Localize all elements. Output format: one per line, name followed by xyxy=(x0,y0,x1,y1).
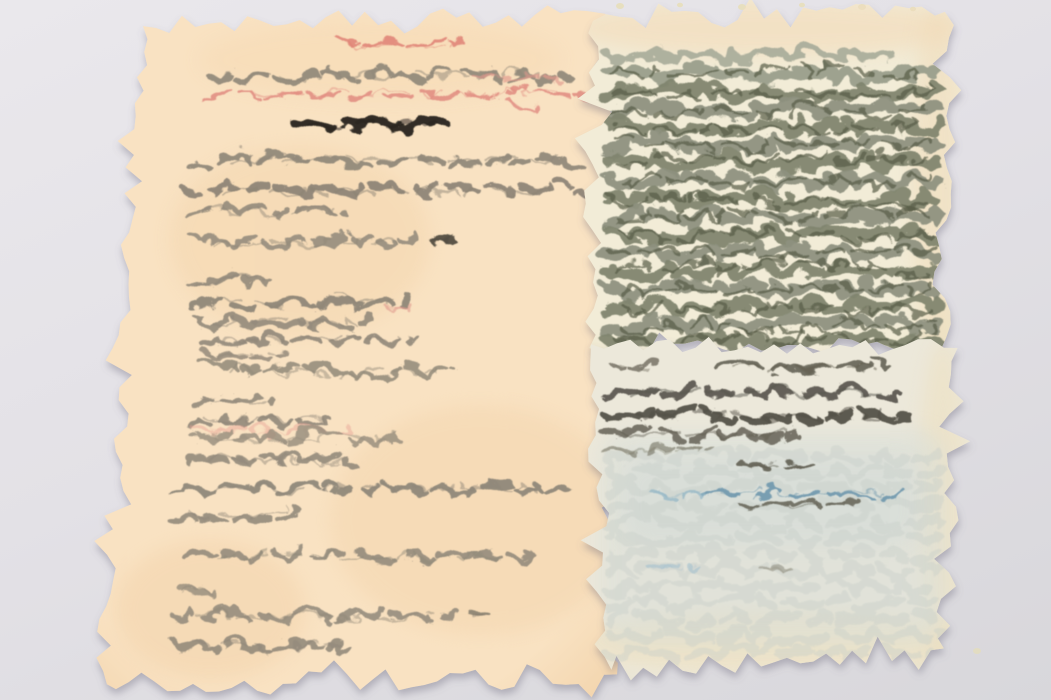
photograph-of-documents: Photograph of three aged paper documents… xyxy=(0,0,1051,700)
right-top-document xyxy=(570,0,970,360)
right-bottom-document-paper-speck xyxy=(973,648,981,654)
left-letter xyxy=(94,5,633,697)
right-top-document-paper-speck xyxy=(616,3,624,9)
documents-scene xyxy=(0,0,1051,700)
right-bottom-document xyxy=(580,337,981,681)
right-top-document-paper-speck xyxy=(799,3,805,8)
right-bottom-document-ink-line-accent xyxy=(763,565,789,566)
right-top-document-paper-speck xyxy=(677,3,683,8)
